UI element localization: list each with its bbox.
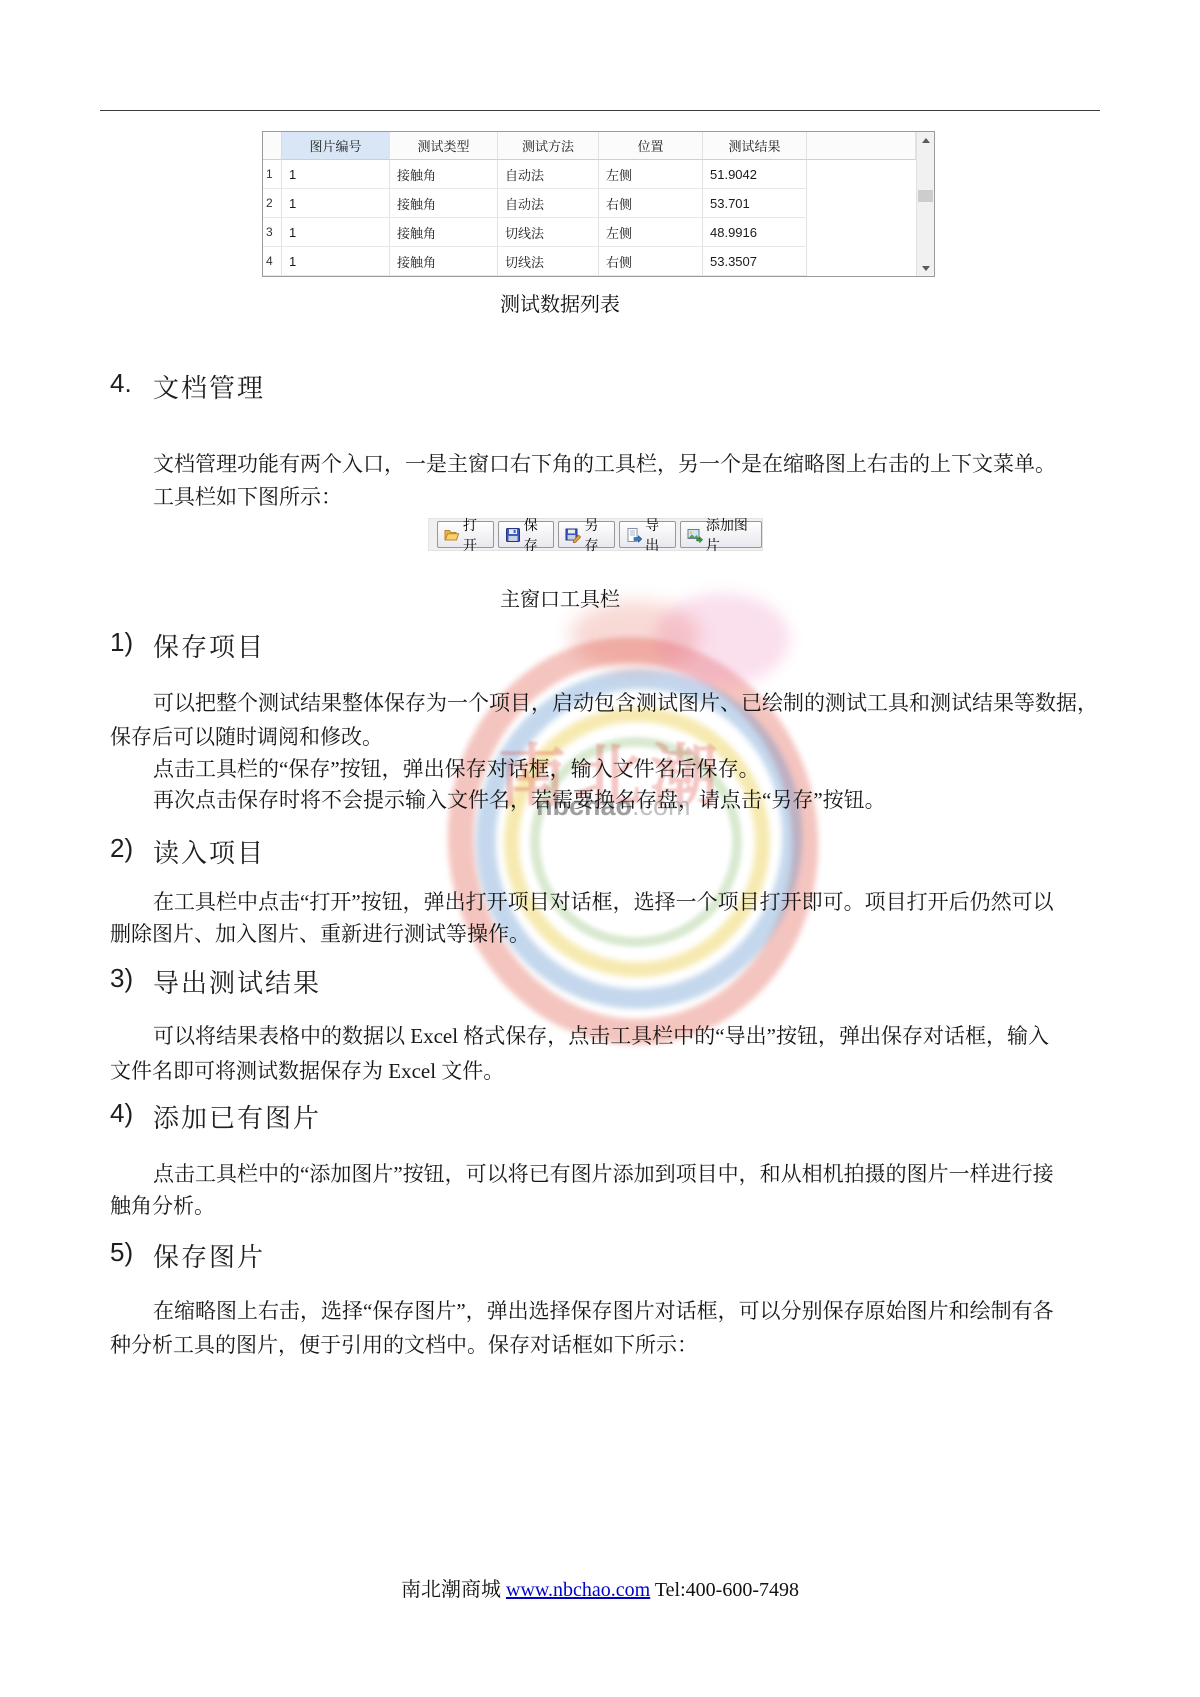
column-header-test-type: 测试类型	[390, 132, 498, 160]
paragraph-line: 点击工具栏中的“添加图片”按钮，可以将已有图片添加到项目中，和从相机拍摄的图片一…	[153, 1158, 1054, 1188]
watermark-ring-yellow	[504, 707, 770, 977]
subsection-number: 5)	[110, 1237, 153, 1274]
add-image-icon	[687, 527, 703, 543]
subsection-number: 4)	[110, 1098, 153, 1135]
table-cell: 53.701	[703, 189, 807, 218]
subsection-heading-save-image: 5) 保存图片	[110, 1237, 265, 1274]
table-caption: 测试数据列表	[110, 288, 1010, 317]
table-cell: 接触角	[390, 247, 498, 276]
column-header-image-no: 图片编号	[282, 132, 390, 160]
data-grid: 图片编号 测试类型 测试方法 位置 测试结果 1 1 接触角 自动法 左侧 51…	[263, 132, 916, 276]
row-number: 3	[263, 218, 282, 247]
header-rule	[100, 110, 1100, 111]
section-number: 4.	[110, 368, 153, 405]
table-cell: 接触角	[390, 160, 498, 189]
subsection-number: 1)	[110, 627, 153, 664]
toolbar-export-button[interactable]: 导出	[619, 521, 676, 548]
subsection-title: 导出测试结果	[153, 963, 321, 1000]
toolbar-figure: 打开 保存 另存 导出 添加图片	[428, 518, 763, 551]
table-cell: 左侧	[599, 160, 703, 189]
table-cell: 1	[282, 160, 390, 189]
footer-store-name: 南北潮商城	[401, 1579, 501, 1601]
scroll-up-icon	[922, 138, 930, 143]
grid-corner-cell	[263, 132, 282, 160]
footer-tel: Tel:400-600-7498	[655, 1579, 799, 1601]
scroll-up-button[interactable]	[917, 132, 934, 148]
paragraph-line: 删除图片、加入图片、重新进行测试等操作。	[110, 918, 530, 948]
section-title: 文档管理	[153, 368, 265, 405]
row-number: 2	[263, 189, 282, 218]
table-cell-empty	[807, 218, 916, 247]
subsection-number: 2)	[110, 833, 153, 870]
table-cell: 右侧	[599, 247, 703, 276]
table-cell-empty	[807, 160, 916, 189]
subsection-heading-load-project: 2) 读入项目	[110, 833, 265, 870]
subsection-heading-add-existing-image: 4) 添加已有图片	[110, 1098, 321, 1135]
paragraph-line: 可以将结果表格中的数据以 Excel 格式保存，点击工具栏中的“导出”按钮，弹出…	[153, 1020, 1049, 1050]
watermark: 南北潮 nbchao.com	[430, 595, 830, 1045]
table-cell: 自动法	[498, 160, 599, 189]
toolbar-save-as-button[interactable]: 另存	[558, 521, 615, 548]
table-cell: 自动法	[498, 189, 599, 218]
toolbar-button-label: 打开	[463, 515, 487, 555]
section-heading-doc-management: 4. 文档管理	[110, 368, 265, 405]
column-header-test-result: 测试结果	[703, 132, 807, 160]
vertical-scrollbar[interactable]	[916, 132, 934, 276]
paragraph-line: 在缩略图上右击，选择“保存图片”，弹出选择保存图片对话框，可以分别保存原始图片和…	[153, 1295, 1054, 1325]
scroll-down-button[interactable]	[917, 260, 934, 276]
paragraph-line: 触角分析。	[110, 1190, 215, 1220]
table-cell: 51.9042	[703, 160, 807, 189]
paragraph-line: 可以把整个测试结果整体保存为一个项目，启动包含测试图片、已绘制的测试工具和测试结…	[153, 687, 1098, 717]
table-cell-empty	[807, 189, 916, 218]
table-cell: 53.3507	[703, 247, 807, 276]
footer-link[interactable]: www.nbchao.com	[506, 1579, 650, 1601]
toolbar-button-label: 另存	[584, 515, 608, 555]
table-cell: 接触角	[390, 218, 498, 247]
column-header-position: 位置	[599, 132, 703, 160]
table-cell-empty	[807, 247, 916, 276]
paragraph-line: 在工具栏中点击“打开”按钮，弹出打开项目对话框，选择一个项目打开即可。项目打开后…	[153, 886, 1054, 916]
table-cell: 切线法	[498, 247, 599, 276]
row-number: 4	[263, 247, 282, 276]
document-page: 南北潮 nbchao.com 图片编号 测试类型 测试方法 位置 测试结果 1 …	[0, 0, 1200, 1697]
save-disk-icon	[505, 527, 521, 543]
subsection-title: 保存项目	[153, 627, 265, 664]
paragraph-line: 种分析工具的图片，便于引用的文档中。保存对话框如下所示：	[110, 1329, 698, 1359]
watermark-ring-red	[428, 619, 839, 1063]
subsection-heading-save-project: 1) 保存项目	[110, 627, 265, 664]
subsection-title: 添加已有图片	[153, 1098, 321, 1135]
toolbar-button-label: 添加图片	[706, 515, 755, 555]
subsection-heading-export-results: 3) 导出测试结果	[110, 963, 321, 1000]
table-cell: 1	[282, 218, 390, 247]
subsection-title: 保存图片	[153, 1237, 265, 1274]
paragraph-line: 再次点击保存时将不会提示输入文件名，若需要换名存盘，请点击“另存”按钮。	[153, 784, 886, 814]
table-cell: 接触角	[390, 189, 498, 218]
test-data-table-figure: 图片编号 测试类型 测试方法 位置 测试结果 1 1 接触角 自动法 左侧 51…	[262, 131, 935, 277]
page-footer: 南北潮商城 www.nbchao.com Tel:400-600-7498	[0, 1573, 1200, 1602]
paragraph-line: 点击工具栏的“保存”按钮，弹出保存对话框，输入文件名后保存。	[153, 753, 760, 783]
paragraph-line: 工具栏如下图所示：	[153, 481, 342, 511]
column-header-test-method: 测试方法	[498, 132, 599, 160]
scroll-thumb[interactable]	[918, 190, 933, 202]
table-cell: 左侧	[599, 218, 703, 247]
table-cell: 切线法	[498, 218, 599, 247]
table-cell: 右侧	[599, 189, 703, 218]
subsection-number: 3)	[110, 963, 153, 1000]
row-number: 1	[263, 160, 282, 189]
toolbar-caption: 主窗口工具栏	[110, 583, 1010, 612]
scroll-down-icon	[922, 266, 930, 271]
table-cell: 1	[282, 247, 390, 276]
toolbar-button-label: 保存	[524, 515, 548, 555]
toolbar-save-button[interactable]: 保存	[498, 521, 555, 548]
open-folder-icon	[444, 527, 460, 543]
table-cell: 48.9916	[703, 218, 807, 247]
paragraph-line: 文档管理功能有两个入口，一是主窗口右下角的工具栏，另一个是在缩略图上右击的上下文…	[153, 448, 1056, 478]
toolbar-button-label: 导出	[645, 515, 669, 555]
paragraph-line: 文件名即可将测试数据保存为 Excel 文件。	[110, 1055, 504, 1085]
export-icon	[626, 527, 642, 543]
table-cell: 1	[282, 189, 390, 218]
toolbar-open-button[interactable]: 打开	[437, 521, 494, 548]
toolbar-add-image-button[interactable]: 添加图片	[680, 521, 762, 548]
column-header-empty	[807, 132, 916, 160]
paragraph-line: 保存后可以随时调阅和修改。	[110, 721, 383, 751]
subsection-title: 读入项目	[153, 833, 265, 870]
save-as-icon	[565, 527, 581, 543]
